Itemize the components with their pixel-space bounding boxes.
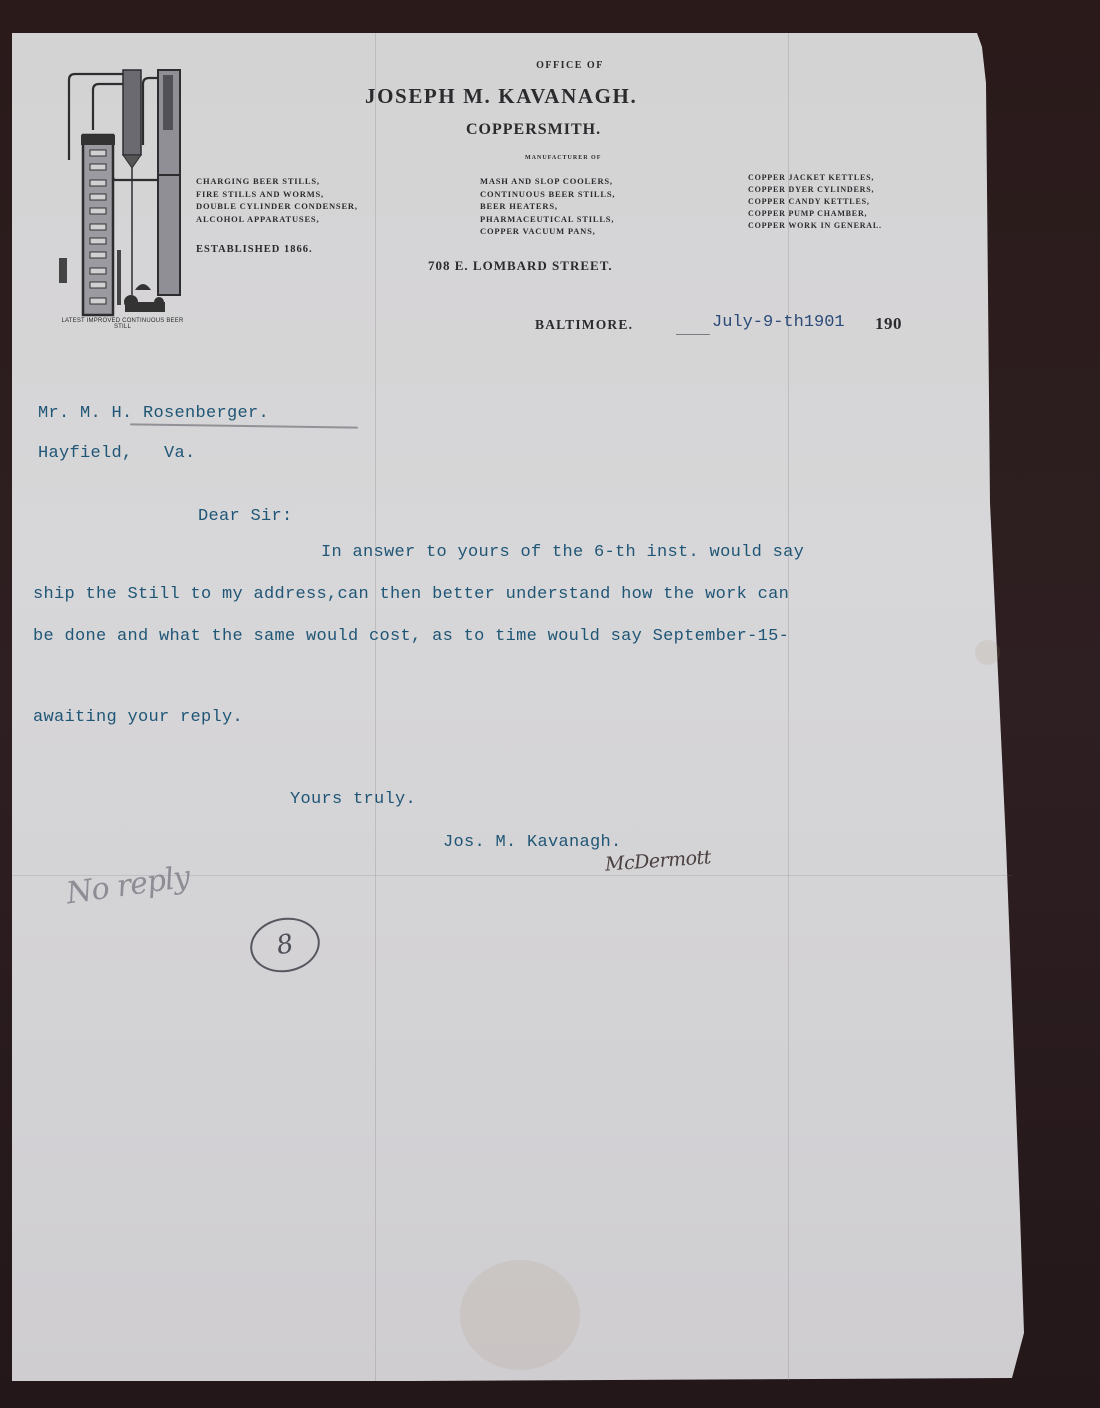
product-list-2: MASH AND SLOP COOLERS, CONTINUOUS BEER S… xyxy=(480,175,615,238)
street-address: 708 E. LOMBARD STREET. xyxy=(428,258,613,274)
product-item: ALCOHOL APPARATUSES, xyxy=(196,213,358,226)
paper-stain xyxy=(975,640,1000,665)
typed-signature: Jos. M. Kavanagh. xyxy=(443,833,622,852)
body-line: ship the Still to my address,can then be… xyxy=(33,585,789,604)
product-list-1: CHARGING BEER STILLS, FIRE STILLS AND WO… xyxy=(196,175,358,225)
illustration-caption: LATEST IMPROVED CONTINUOUS BEER STILL xyxy=(55,318,190,330)
letter-date: July-9-th1901 xyxy=(712,313,845,332)
product-item: BEER HEATERS, xyxy=(480,200,615,213)
paper-fold-line xyxy=(375,33,376,1381)
recipient-location: Hayfield, Va. xyxy=(38,444,196,463)
product-item: CONTINUOUS BEER STILLS, xyxy=(480,188,615,201)
office-of-label: OFFICE OF xyxy=(0,60,1100,71)
product-item: FIRE STILLS AND WORMS, xyxy=(196,188,358,201)
manufacturer-of-label: MANUFACTURER OF xyxy=(525,155,601,161)
product-item: COPPER JACKET KETTLES, xyxy=(748,172,882,184)
company-name: JOSEPH M. KAVANAGH. xyxy=(365,84,637,109)
body-line: be done and what the same would cost, as… xyxy=(33,627,789,646)
established-year: ESTABLISHED 1866. xyxy=(196,244,313,255)
paper-fold-line xyxy=(788,33,789,1381)
closing-line: awaiting your reply. xyxy=(33,708,243,727)
product-item: COPPER WORK IN GENERAL. xyxy=(748,220,882,232)
complimentary-close: Yours truly. xyxy=(290,790,416,809)
product-item: COPPER DYER CYLINDERS, xyxy=(748,184,882,196)
date-rule xyxy=(676,334,710,335)
product-item: COPPER VACUUM PANS, xyxy=(480,225,615,238)
product-item: COPPER CANDY KETTLES, xyxy=(748,196,882,208)
body-line: In answer to yours of the 6-th inst. wou… xyxy=(321,543,804,562)
product-item: PHARMACEUTICAL STILLS, xyxy=(480,213,615,226)
paper-stain xyxy=(460,1260,580,1370)
city-name: BALTIMORE. xyxy=(535,317,633,333)
printed-year-prefix: 190 xyxy=(875,314,902,334)
salutation: Dear Sir: xyxy=(198,507,293,526)
company-trade: COPPERSMITH. xyxy=(466,121,601,139)
product-item: DOUBLE CYLINDER CONDENSER, xyxy=(196,200,358,213)
product-item: CHARGING BEER STILLS, xyxy=(196,175,358,188)
product-item: COPPER PUMP CHAMBER, xyxy=(748,208,882,220)
beer-still-illustration-icon xyxy=(55,40,190,330)
product-list-3: COPPER JACKET KETTLES, COPPER DYER CYLIN… xyxy=(748,172,882,232)
product-item: MASH AND SLOP COOLERS, xyxy=(480,175,615,188)
recipient-name: Mr. M. H. Rosenberger. xyxy=(38,404,269,423)
